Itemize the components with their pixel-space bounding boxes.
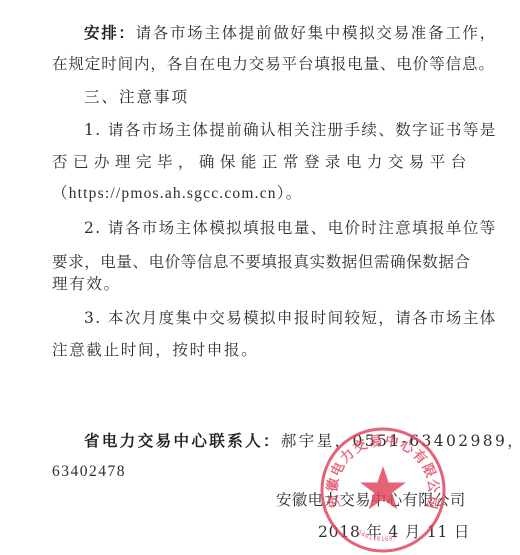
item-1-line-2: 否已办理完毕，确保能正常登录电力交易平台 [52, 152, 468, 172]
arrangement-line-1: 安排：请各市场主体提前做好集中模拟交易准备工作， [84, 23, 468, 43]
contact-name-phone: 郝宇星，0551-63402989， [281, 432, 520, 450]
contact-line: 省电力交易中心联系人：郝宇星，0551-63402989， [84, 431, 468, 451]
signature-date: 2018 年 4 月 11 日 [318, 522, 470, 542]
item-3-line-1: 3. 本次月度集中交易模拟申报时间较短，请各市场主体 [84, 308, 468, 328]
section-heading: 三、注意事项 [84, 87, 468, 107]
arrangement-line-2: 在规定时间内，各自在电力交易平台填报电量、电价等信息。 [52, 54, 468, 74]
item-3-line-2: 注意截止时间，按时申报。 [52, 340, 468, 360]
arrangement-text-1: 请各市场主体提前做好集中模拟交易准备工作， [136, 24, 497, 42]
item-2-line-2: 要求，电量、电价等信息不要填报真实数据但需确保数据合 [52, 252, 468, 272]
document-page: 安排：请各市场主体提前做好集中模拟交易准备工作， 在规定时间内，各自在电力交易平… [0, 0, 520, 555]
item-1-line-1: 1. 请各市场主体提前确认相关注册手续、数字证书等是 [84, 120, 468, 140]
signature-organization: 安徽电力交易中心有限公司 [276, 490, 466, 510]
item-2-line-3: 理有效。 [52, 274, 468, 294]
arrangement-label: 安排： [84, 24, 136, 42]
item-2-line-1: 2. 请各市场主体模拟填报电量、电价时注意填报单位等 [84, 218, 468, 238]
contact-label: 省电力交易中心联系人： [84, 432, 281, 450]
contact-phone-2: 63402478 [52, 462, 468, 482]
item-1-url-line: （https://pmos.ah.sgcc.com.cn）。 [52, 184, 468, 204]
